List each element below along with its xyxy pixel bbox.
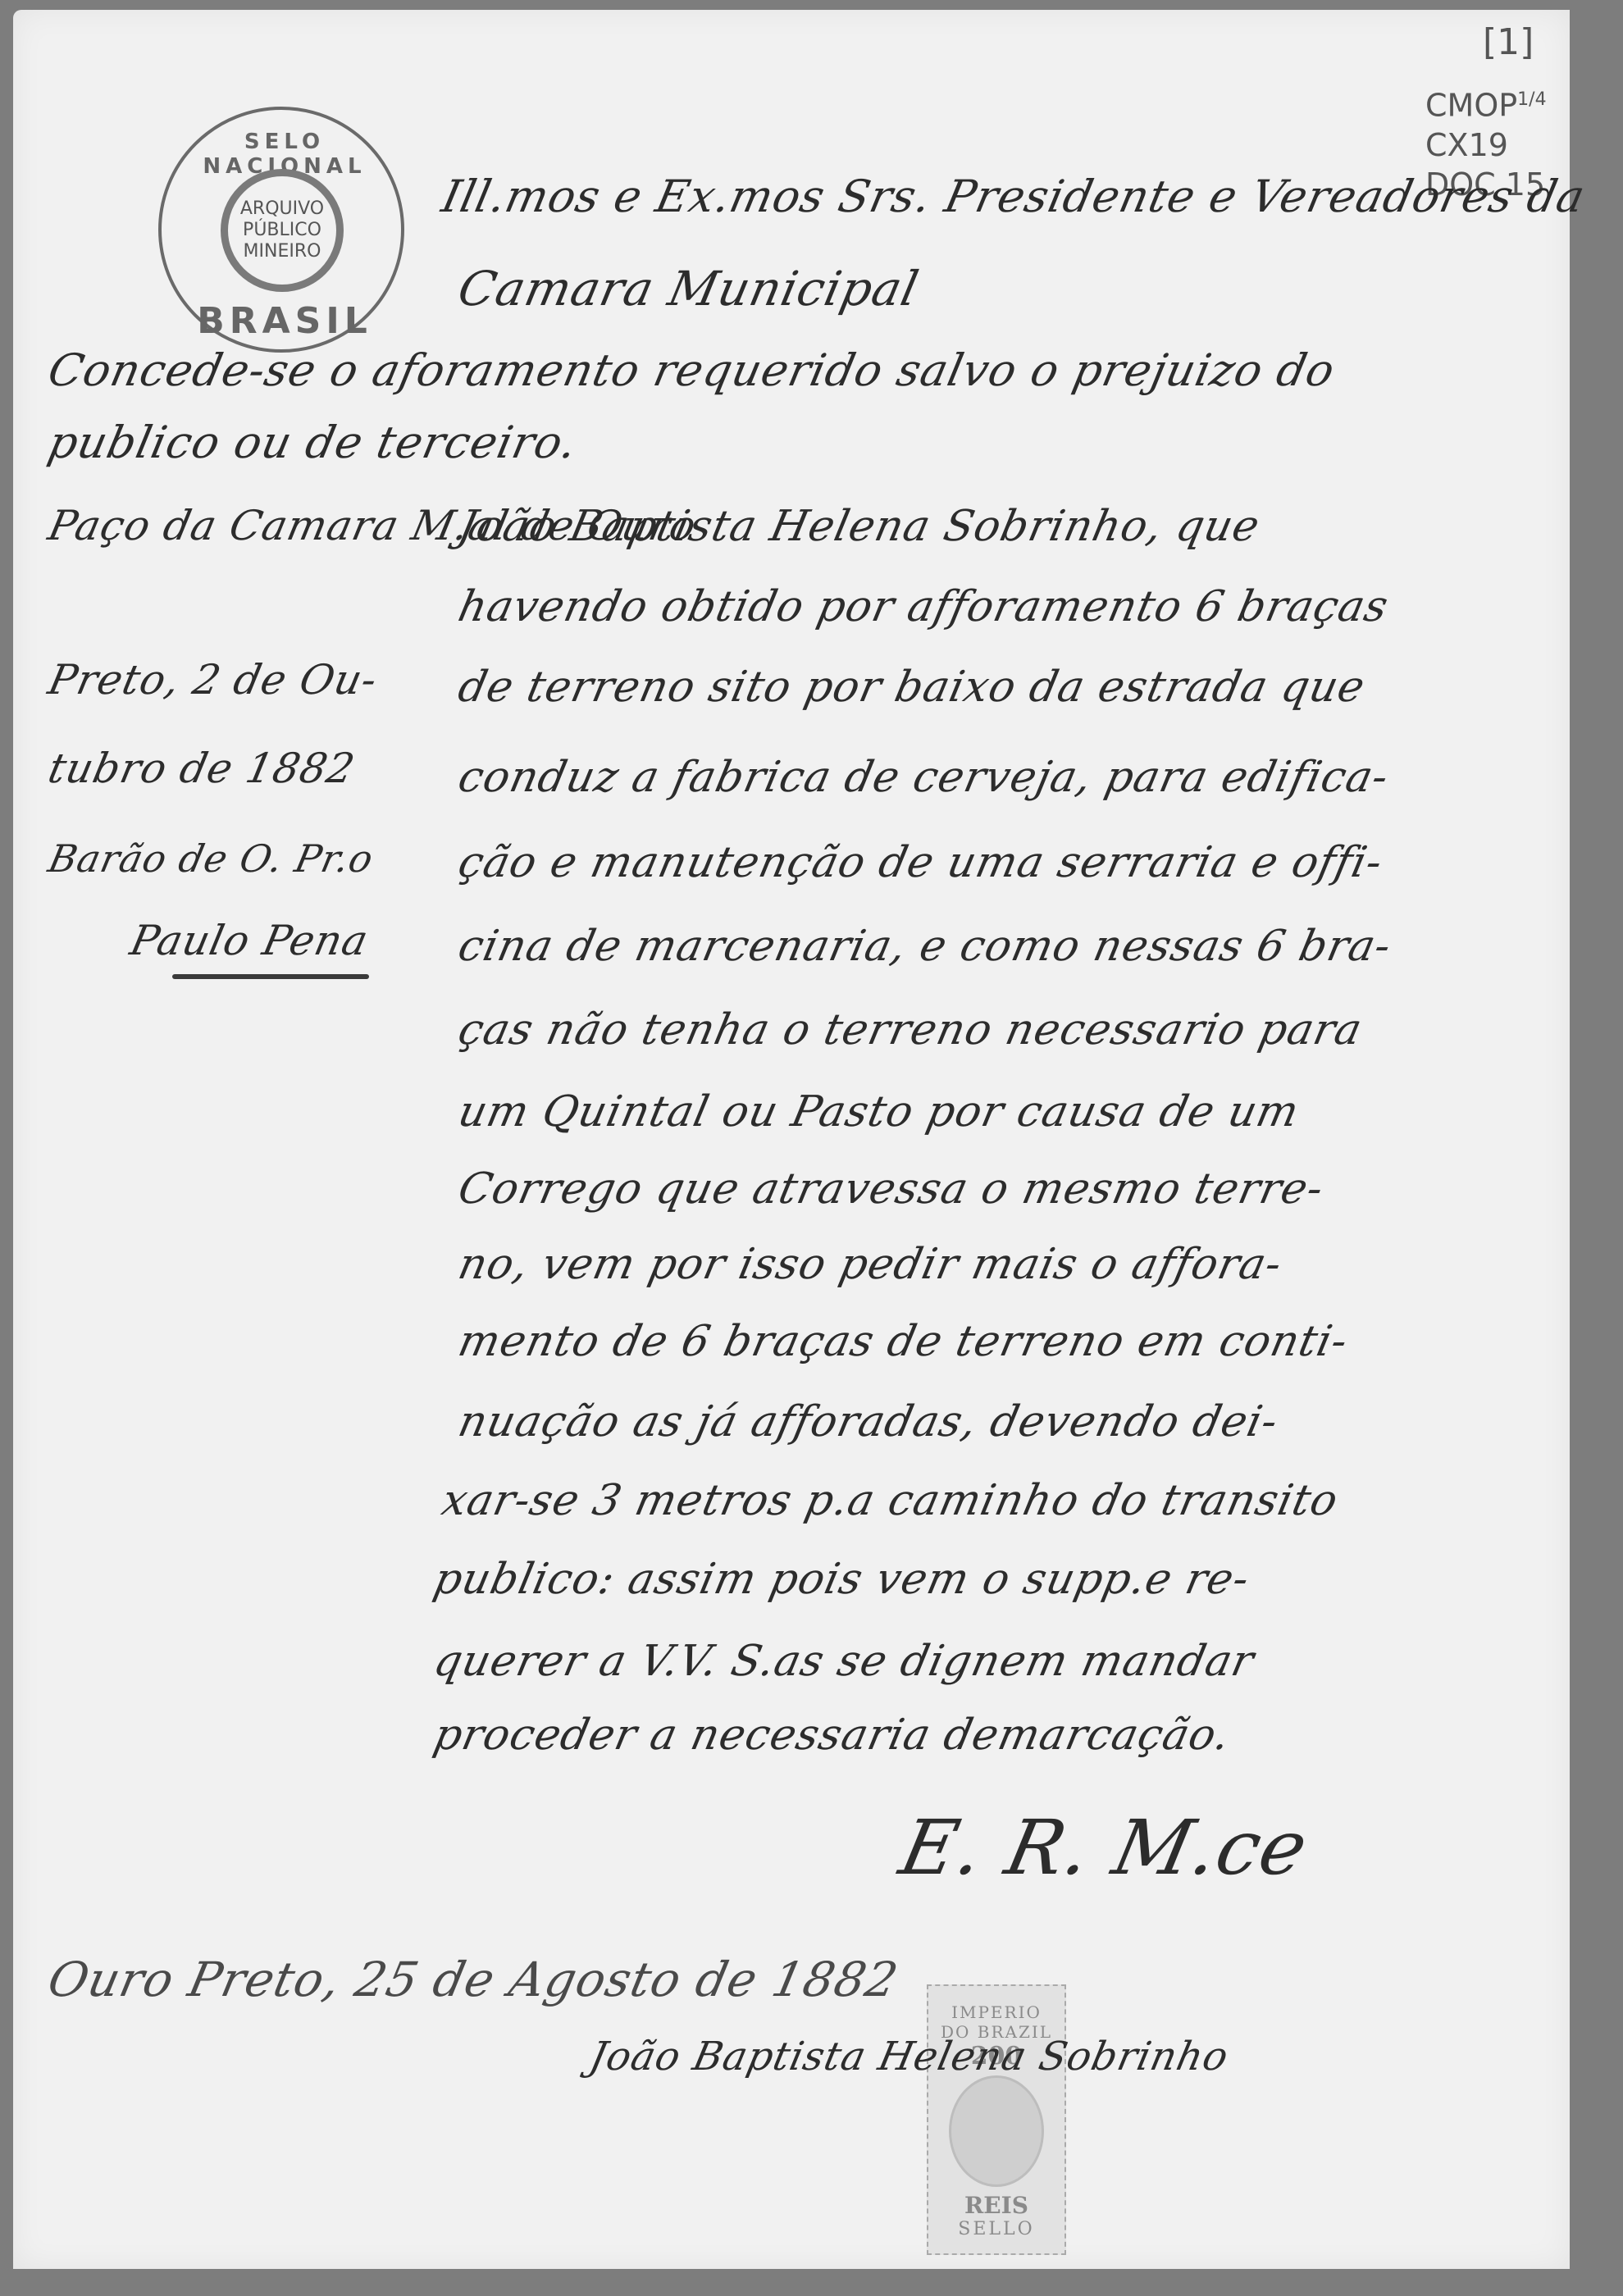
seal-inner-line3: MINEIRO — [244, 241, 321, 262]
petition-line-16: proceder a necessaria demarcação. — [430, 1711, 1235, 1760]
seal-inner-ring: ARQUIVO PÚBLICO MINEIRO — [221, 169, 344, 292]
petition-line-2: havendo obtido por afforamento 6 braças — [454, 582, 1393, 631]
despacho-signature: Paulo Pena — [126, 917, 373, 964]
petition-line-3: de terreno sito por baixo da estrada que — [454, 663, 1370, 712]
petition-line-5: ção e manutenção de uma serraria e offi- — [454, 838, 1388, 887]
petition-line-15: querer a V.V. S.as se dignem mandar — [430, 1637, 1259, 1686]
despacho-line-4: Preto, 2 de Ou- — [44, 656, 382, 704]
stamp-unit: REIS — [928, 2192, 1065, 2219]
despacho-line-6: Barão de O. Pr.o — [44, 836, 377, 881]
archive-box: CX19 — [1425, 125, 1547, 165]
revenue-tax-stamp: IMPERIO DO BRAZIL 200 REIS SELLO — [927, 1984, 1066, 2255]
seal-inner-line1: ARQUIVO — [240, 198, 324, 220]
signature-flourish — [172, 974, 369, 979]
petitioner-signature: João Baptista Helena Sobrinho — [586, 2034, 1233, 2080]
petition-line-1: João Baptista Helena Sobrinho, que — [454, 502, 1265, 551]
petition-line-7: ças não tenha o terreno necessario para — [454, 1005, 1367, 1055]
petition-line-13: xar-se 3 metros p.a caminho do transito — [438, 1476, 1343, 1525]
archive-bracket-number: [1] — [1483, 23, 1534, 62]
archive-seal: SELO NACIONAL ARQUIVO PÚBLICO MINEIRO BR… — [158, 107, 404, 353]
archive-fund: CMOP1/4 — [1425, 80, 1547, 125]
seal-bottom-text: BRASIL — [194, 300, 375, 342]
addressee-line-2: Camara Municipal — [454, 261, 924, 317]
seal-inner-line2: PÚBLICO — [243, 220, 321, 241]
petition-line-14: publico: assim pois vem o supp.e re- — [430, 1555, 1254, 1604]
archive-reference: [1] — [1483, 23, 1534, 62]
despacho-line-2: publico ou de terceiro. — [43, 417, 581, 468]
petition-line-11: mento de 6 braças de terreno em conti- — [454, 1317, 1352, 1366]
petition-line-10: no, vem por isso pedir mais o affora- — [454, 1240, 1287, 1289]
closing-formula: E. R. M.ce — [893, 1804, 1316, 1892]
despacho-line-5: tubro de 1882 — [44, 745, 359, 792]
despacho-line-1: Concede-se o aforamento requerido salvo … — [43, 344, 1339, 396]
stamp-imperio: IMPERIO — [928, 2002, 1065, 2022]
petition-line-4: conduz a fabrica de cerveja, para edific… — [454, 753, 1393, 802]
petition-line-8: um Quintal ou Pasto por causa de um — [454, 1087, 1304, 1137]
emperor-portrait-icon — [949, 2075, 1044, 2187]
addressee-line-1: Ill.mos e Ex.mos Srs. Presidente e Verea… — [437, 171, 1589, 222]
petition-line-6: cina de marcenaria, e como nessas 6 bra- — [454, 922, 1396, 971]
petition-line-9: Corrego que atravessa o mesmo terre- — [454, 1164, 1329, 1214]
stamp-label: SELLO — [928, 2219, 1065, 2239]
petition-line-12: nuação as já afforadas, devendo dei- — [454, 1397, 1283, 1446]
dateline: Ouro Preto, 25 de Agosto de 1882 — [43, 1952, 904, 2007]
